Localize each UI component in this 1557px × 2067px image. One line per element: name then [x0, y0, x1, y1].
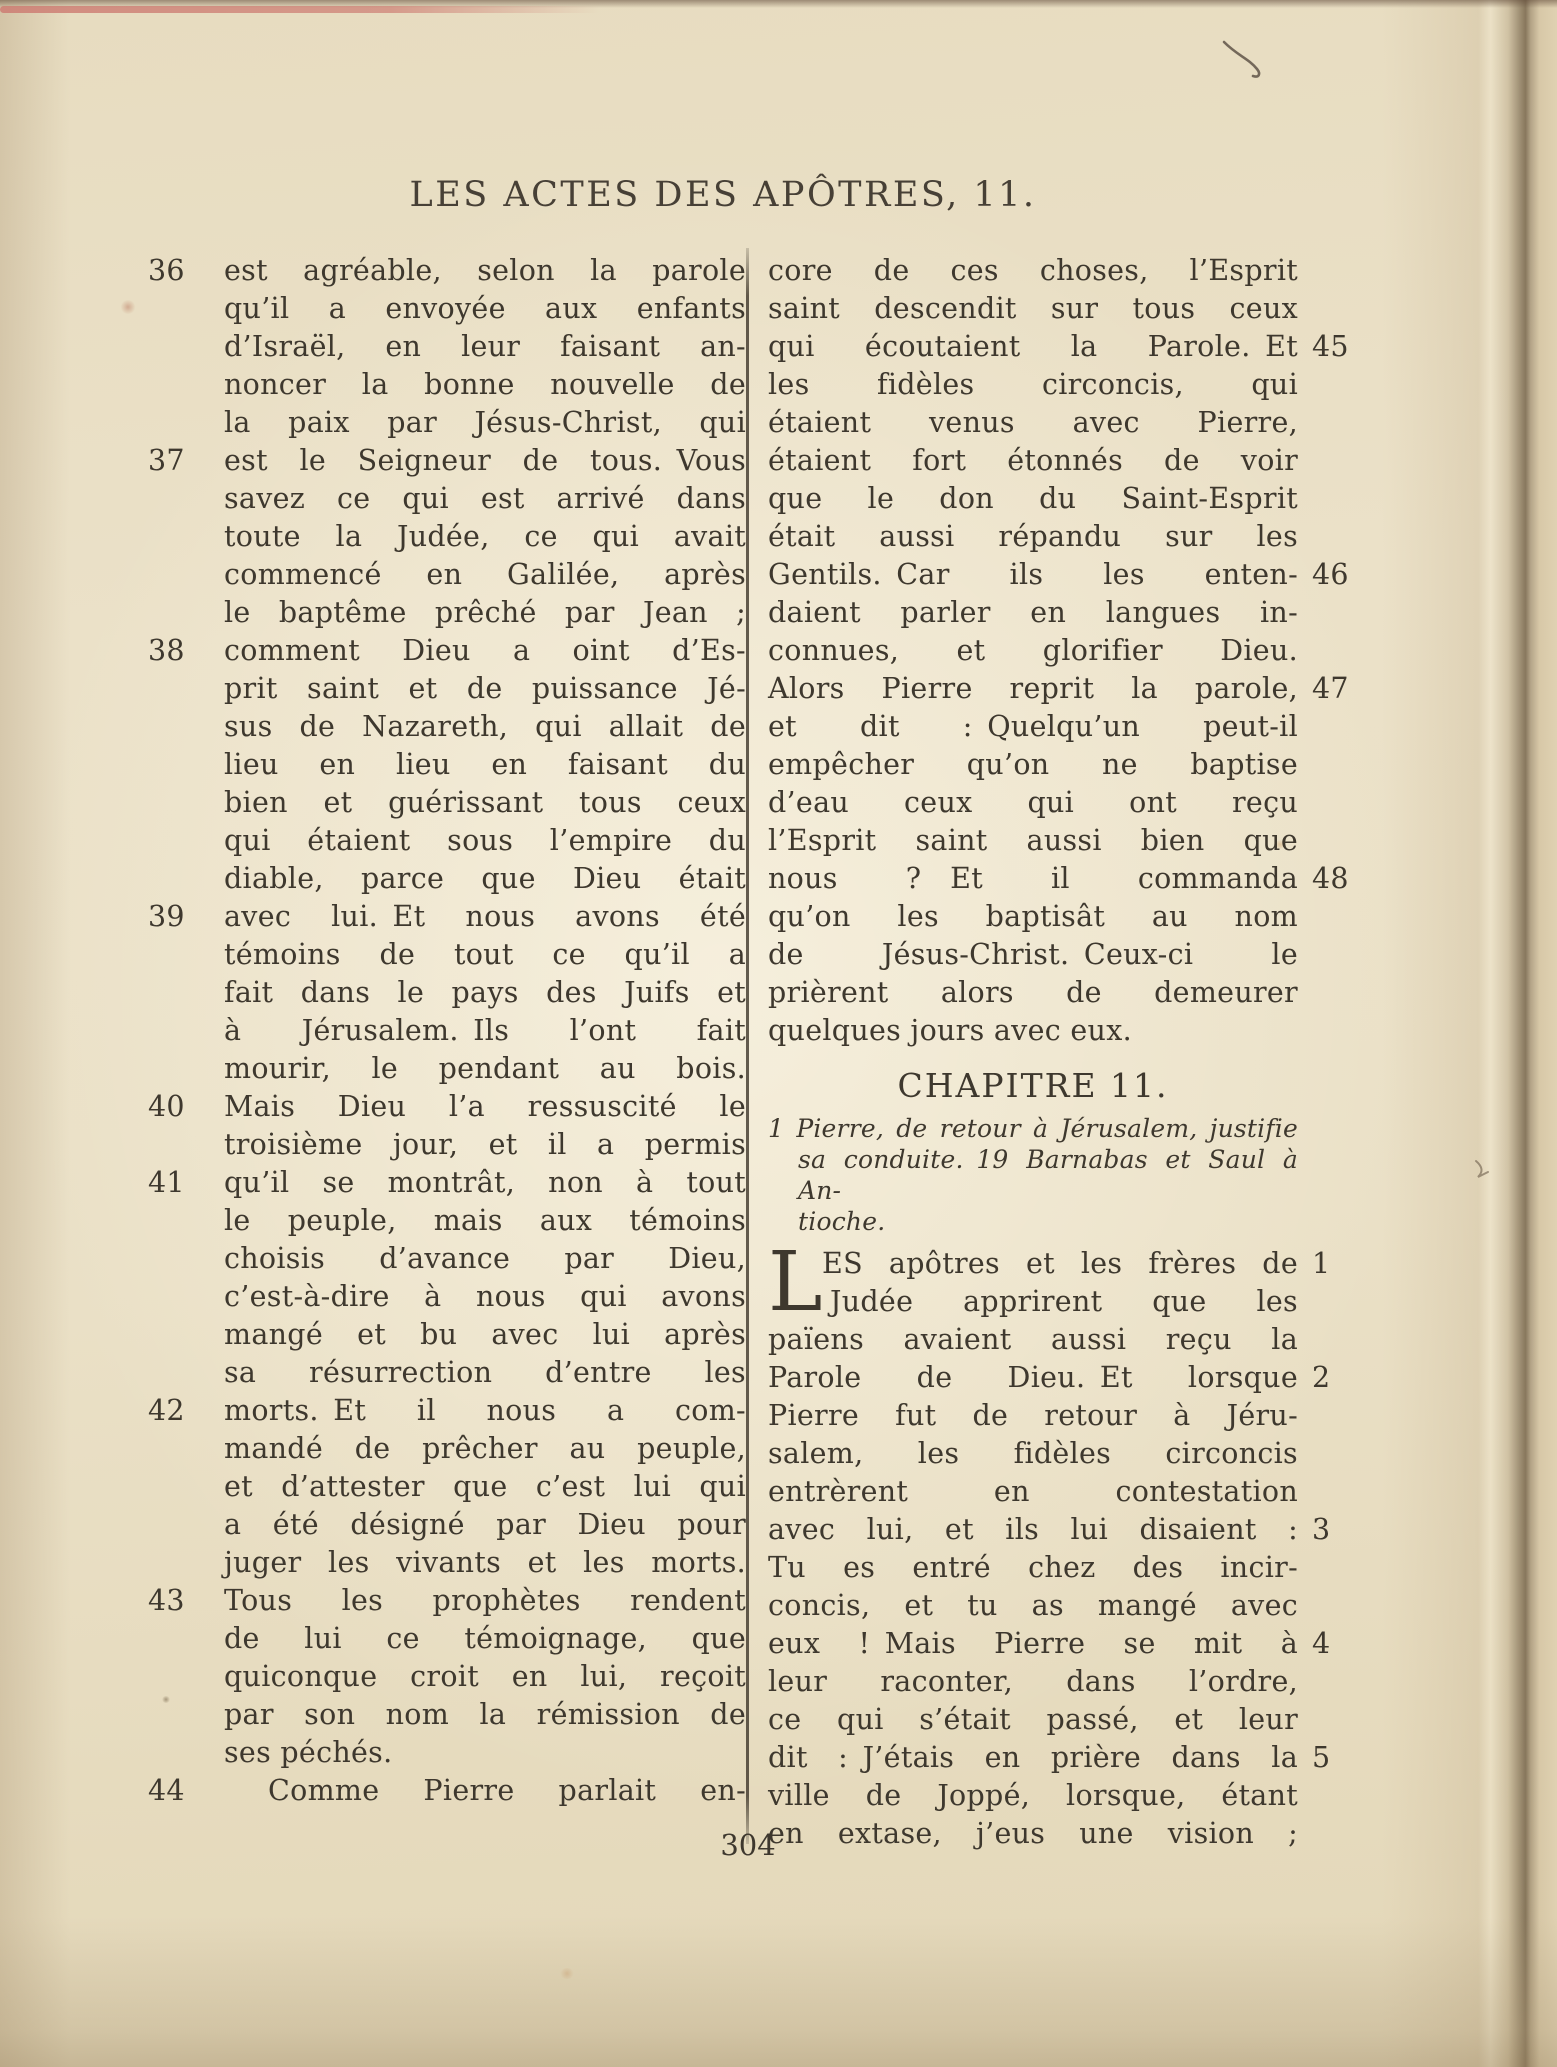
text-line: 43Tous les prophètes rendent — [148, 1582, 746, 1620]
verse-text: sa conduite. 19 Barnabas et Saul à An- — [768, 1144, 1298, 1206]
column-divider-rule — [746, 248, 749, 1844]
text-line: Parole de Dieu. Et lorsque2 — [768, 1359, 1356, 1397]
text-line: quelques jours avec eux. — [768, 1012, 1356, 1050]
verse-number: 36 — [148, 252, 224, 290]
verse-text: qui écoutaient la Parole. Et — [768, 328, 1298, 366]
text-line: l’Esprit saint aussi bien que — [768, 822, 1356, 860]
verse-text: bien et guérissant tous ceux — [224, 784, 746, 822]
text-line: c’est-à-dire à nous qui avons — [148, 1278, 746, 1316]
text-line: que le don du Saint-Esprit — [768, 480, 1356, 518]
verse-number — [1298, 936, 1356, 974]
verse-text: étaient fort étonnés de voir — [768, 442, 1298, 480]
verse-number — [148, 670, 224, 708]
verse-text: le baptême prêché par Jean ; — [224, 594, 746, 632]
text-line: ES apôtres et les frères de1 — [768, 1245, 1356, 1283]
text-line: Tu es entré chez des incir- — [768, 1549, 1356, 1587]
verse-text: troisième jour, et il a permis — [224, 1126, 746, 1164]
hair-fiber-mark — [1218, 36, 1282, 90]
verse-text: païens avaient aussi reçu la — [768, 1321, 1298, 1359]
verse-number — [1298, 974, 1356, 1012]
text-line: qu’il a envoyée aux enfants — [148, 290, 746, 328]
verse-number: 1 — [1298, 1245, 1356, 1283]
text-line: entrèrent en contestation — [768, 1473, 1356, 1511]
text-line: 38comment Dieu a oint d’Es- — [148, 632, 746, 670]
text-line: le peuple, mais aux témoins — [148, 1202, 746, 1240]
verse-text: à Jérusalem. Ils l’ont fait — [224, 1012, 746, 1050]
verse-number — [148, 1354, 224, 1392]
verse-number: 37 — [148, 442, 224, 480]
verse-number: 41 — [148, 1164, 224, 1202]
verse-text: nous ? Et il commanda — [768, 860, 1298, 898]
text-line: de lui ce témoignage, que — [148, 1620, 746, 1658]
text-line: saint descendit sur tous ceux — [768, 290, 1356, 328]
verse-number — [148, 1658, 224, 1696]
verse-number — [1298, 1283, 1356, 1321]
verse-number — [148, 594, 224, 632]
text-line: 40Mais Dieu l’a ressuscité le — [148, 1088, 746, 1126]
verse-number: 40 — [148, 1088, 224, 1126]
text-line: lieu en lieu en faisant du — [148, 746, 746, 784]
verse-text: eux ! Mais Pierre se mit à — [768, 1625, 1298, 1663]
verse-text: qui étaient sous l’empire du — [224, 822, 746, 860]
verse-text: Judée apprirent que les — [768, 1283, 1298, 1321]
verse-number — [148, 1734, 224, 1772]
verse-number: 45 — [1298, 328, 1356, 366]
verse-number — [148, 1506, 224, 1544]
text-line: troisième jour, et il a permis — [148, 1126, 746, 1164]
text-line: païens avaient aussi reçu la — [768, 1321, 1356, 1359]
text-line: qui étaient sous l’empire du — [148, 822, 746, 860]
verse-number: 4 — [1298, 1625, 1356, 1663]
verse-number — [148, 708, 224, 746]
verse-text: ses péchés. — [224, 1734, 746, 1772]
text-line: mourir, le pendant au bois. — [148, 1050, 746, 1088]
verse-text: que le don du Saint-Esprit — [768, 480, 1298, 518]
text-line: et dit : Quelqu’un peut-il — [768, 708, 1356, 746]
verse-number — [1298, 1549, 1356, 1587]
text-line: sa résurrection d’entre les — [148, 1354, 746, 1392]
verse-number: 2 — [1298, 1359, 1356, 1397]
verse-number — [1298, 404, 1356, 442]
text-line: 42morts. Et il nous a com- — [148, 1392, 746, 1430]
verse-text: fait dans le pays des Juifs et — [224, 974, 746, 1012]
verse-text: a été désigné par Dieu pour — [224, 1506, 746, 1544]
verse-number — [148, 1202, 224, 1240]
verse-text: de Jésus-Christ. Ceux-ci le — [768, 936, 1298, 974]
text-line: 1 Pierre, de retour à Jérusalem, justifi… — [768, 1113, 1356, 1144]
verse-text: salem, les fidèles circoncis — [768, 1435, 1298, 1473]
left-column: 36est agréable, selon la parolequ’il a e… — [148, 252, 746, 1810]
text-line: toute la Judée, ce qui avait — [148, 518, 746, 556]
verse-text: est agréable, selon la parole — [224, 252, 746, 290]
text-line: qui écoutaient la Parole. Et45 — [768, 328, 1356, 366]
verse-text: et d’attester que c’est lui qui — [224, 1468, 746, 1506]
verse-number — [1298, 252, 1356, 290]
verse-number — [148, 480, 224, 518]
verse-number — [1298, 1397, 1356, 1435]
text-line: mandé de prêcher au peuple, — [148, 1430, 746, 1468]
paper-stain — [120, 300, 136, 314]
verse-number — [148, 1696, 224, 1734]
verse-number — [1298, 1777, 1356, 1815]
verse-text: sa résurrection d’entre les — [224, 1354, 746, 1392]
verse-text: les fidèles circoncis, qui — [768, 366, 1298, 404]
verse-text: mandé de prêcher au peuple, — [224, 1430, 746, 1468]
verse-text: comment Dieu a oint d’Es- — [224, 632, 746, 670]
text-line: avec lui, et ils lui disaient :3 — [768, 1511, 1356, 1549]
text-line: la paix par Jésus-Christ, qui — [148, 404, 746, 442]
text-line: ville de Joppé, lorsque, étant — [768, 1777, 1356, 1815]
verse-text: ES apôtres et les frères de — [768, 1245, 1298, 1283]
verse-text: étaient venus avec Pierre, — [768, 404, 1298, 442]
text-line: connues, et glorifier Dieu. — [768, 632, 1356, 670]
verse-text: mangé et bu avec lui après — [224, 1316, 746, 1354]
verse-text: Pierre fut de retour à Jéru- — [768, 1397, 1298, 1435]
verse-number — [148, 1126, 224, 1164]
verse-text: tioche. — [768, 1206, 1298, 1237]
text-line: ses péchés. — [148, 1734, 746, 1772]
verse-number — [148, 974, 224, 1012]
verse-text: Parole de Dieu. Et lorsque — [768, 1359, 1298, 1397]
text-line: salem, les fidèles circoncis — [768, 1435, 1356, 1473]
verse-number: 3 — [1298, 1511, 1356, 1549]
text-line: Pierre fut de retour à Jéru- — [768, 1397, 1356, 1435]
verse-text: mourir, le pendant au bois. — [224, 1050, 746, 1088]
right-column: core de ces choses, l’Espritsaint descen… — [768, 252, 1356, 1853]
verse-number — [1298, 1435, 1356, 1473]
verse-text: Tous les prophètes rendent — [224, 1582, 746, 1620]
text-line: d’eau ceux qui ont reçu — [768, 784, 1356, 822]
text-line: nous ? Et il commanda48 — [768, 860, 1356, 898]
verse-number — [148, 822, 224, 860]
verse-text: savez ce qui est arrivé dans — [224, 480, 746, 518]
verse-number — [1298, 366, 1356, 404]
verse-number — [148, 1544, 224, 1582]
text-line: diable, parce que Dieu était — [148, 860, 746, 898]
text-line: témoins de tout ce qu’il a — [148, 936, 746, 974]
verse-number: 42 — [148, 1392, 224, 1430]
bottom-edge-shadow — [0, 1917, 1557, 2067]
verse-text: qu’il a envoyée aux enfants — [224, 290, 746, 328]
verse-text: sus de Nazareth, qui allait de — [224, 708, 746, 746]
text-line: concis, et tu as mangé avec — [768, 1587, 1356, 1625]
verse-text: de lui ce témoignage, que — [224, 1620, 746, 1658]
verse-number — [148, 1050, 224, 1088]
text-line: prit saint et de puissance Jé- — [148, 670, 746, 708]
dropcap-letter: L — [768, 1248, 822, 1318]
verse-number — [1298, 822, 1356, 860]
text-line: daient parler en langues in- — [768, 594, 1356, 632]
verse-number: 44 — [148, 1772, 224, 1810]
text-line: qu’on les baptisât au nom — [768, 898, 1356, 936]
verse-number — [1298, 290, 1356, 328]
text-line: 37est le Seigneur de tous. Vous — [148, 442, 746, 480]
verse-text: d’Israël, en leur faisant an- — [224, 328, 746, 366]
verse-number — [1298, 480, 1356, 518]
verse-number — [148, 1620, 224, 1658]
verse-text: par son nom la rémission de — [224, 1696, 746, 1734]
verse-text: la paix par Jésus-Christ, qui — [224, 404, 746, 442]
text-line: a été désigné par Dieu pour — [148, 1506, 746, 1544]
text-line: 39avec lui. Et nous avons été — [148, 898, 746, 936]
text-line: leur raconter, dans l’ordre, — [768, 1663, 1356, 1701]
verse-number — [1298, 1321, 1356, 1359]
text-line: était aussi répandu sur les — [768, 518, 1356, 556]
verse-number — [148, 366, 224, 404]
text-line: sus de Nazareth, qui allait de — [148, 708, 746, 746]
verse-number — [1298, 632, 1356, 670]
verse-text: ce qui s’était passé, et leur — [768, 1701, 1298, 1739]
verse-text: noncer la bonne nouvelle de — [224, 366, 746, 404]
verse-number — [148, 784, 224, 822]
pen-mark — [1472, 1158, 1502, 1188]
verse-number — [1298, 1587, 1356, 1625]
text-line: mangé et bu avec lui après — [148, 1316, 746, 1354]
verse-number — [148, 290, 224, 328]
text-line: à Jérusalem. Ils l’ont fait — [148, 1012, 746, 1050]
verse-text: daient parler en langues in- — [768, 594, 1298, 632]
verse-number — [1298, 898, 1356, 936]
verse-text: avec lui, et ils lui disaient : — [768, 1511, 1298, 1549]
running-header: LES ACTES DES APÔTRES, 11. — [148, 175, 1298, 215]
text-line: de Jésus-Christ. Ceux-ci le — [768, 936, 1356, 974]
text-line: et d’attester que c’est lui qui — [148, 1468, 746, 1506]
verse-text: empêcher qu’on ne baptise — [768, 746, 1298, 784]
verse-number — [148, 746, 224, 784]
text-line: fait dans le pays des Juifs et — [148, 974, 746, 1012]
verse-text: juger les vivants et les morts. — [224, 1544, 746, 1582]
page-number: 304 — [148, 1828, 1348, 1862]
verse-number — [148, 1468, 224, 1506]
verse-text: morts. Et il nous a com- — [224, 1392, 746, 1430]
verse-number — [148, 936, 224, 974]
text-line: quiconque croit en lui, reçoit — [148, 1658, 746, 1696]
verse-number — [148, 1240, 224, 1278]
verse-number — [1298, 1473, 1356, 1511]
text-line: choisis d’avance par Dieu, — [148, 1240, 746, 1278]
text-line: commencé en Galilée, après — [148, 556, 746, 594]
verse-number — [148, 518, 224, 556]
verse-text: c’est-à-dire à nous qui avons — [224, 1278, 746, 1316]
left-edge-shadow — [0, 0, 70, 2067]
right-column-lines-2: ES apôtres et les frères de1Judée apprir… — [768, 1245, 1356, 1853]
verse-number — [1298, 442, 1356, 480]
verse-number — [1298, 1663, 1356, 1701]
text-line: savez ce qui est arrivé dans — [148, 480, 746, 518]
verse-text: connues, et glorifier Dieu. — [768, 632, 1298, 670]
verse-text: lieu en lieu en faisant du — [224, 746, 746, 784]
verse-text: ville de Joppé, lorsque, étant — [768, 1777, 1298, 1815]
verse-number: 46 — [1298, 556, 1356, 594]
text-line: tioche. — [768, 1206, 1356, 1237]
top-edge-line — [0, 0, 1557, 8]
paper-stain — [560, 1968, 574, 1979]
verse-number: 39 — [148, 898, 224, 936]
text-line: 44Comme Pierre parlait en- — [148, 1772, 746, 1810]
verse-text: Mais Dieu l’a ressuscité le — [224, 1088, 746, 1126]
verse-text: d’eau ceux qui ont reçu — [768, 784, 1298, 822]
verse-number: 38 — [148, 632, 224, 670]
text-line: étaient venus avec Pierre, — [768, 404, 1356, 442]
text-line: Judée apprirent que les — [768, 1283, 1356, 1321]
verse-text: qu’il se montrât, non à tout — [224, 1164, 746, 1202]
verse-text: quelques jours avec eux. — [768, 1012, 1298, 1050]
verse-number — [1298, 784, 1356, 822]
verse-number — [148, 1012, 224, 1050]
verse-text: saint descendit sur tous ceux — [768, 290, 1298, 328]
verse-text: 1 Pierre, de retour à Jérusalem, justifi… — [768, 1113, 1298, 1144]
verse-text: prièrent alors de demeurer — [768, 974, 1298, 1012]
verse-number — [1298, 708, 1356, 746]
verse-number — [148, 1316, 224, 1354]
text-line: noncer la bonne nouvelle de — [148, 366, 746, 404]
right-page-edge-shadow — [1382, 0, 1557, 2067]
text-line: étaient fort étonnés de voir — [768, 442, 1356, 480]
text-line: ce qui s’était passé, et leur — [768, 1701, 1356, 1739]
verse-text: prit saint et de puissance Jé- — [224, 670, 746, 708]
verse-text: Tu es entré chez des incir- — [768, 1549, 1298, 1587]
verse-text: Comme Pierre parlait en- — [224, 1772, 746, 1810]
verse-number: 5 — [1298, 1739, 1356, 1777]
verse-text: qu’on les baptisât au nom — [768, 898, 1298, 936]
left-column-lines: 36est agréable, selon la parolequ’il a e… — [148, 252, 746, 1810]
text-line: eux ! Mais Pierre se mit à4 — [768, 1625, 1356, 1663]
text-line: par son nom la rémission de — [148, 1696, 746, 1734]
verse-text: Alors Pierre reprit la parole, — [768, 670, 1298, 708]
verse-text: dit : J’étais en prière dans la — [768, 1739, 1298, 1777]
verse-number — [148, 1278, 224, 1316]
text-line: dit : J’étais en prière dans la5 — [768, 1739, 1356, 1777]
verse-number — [1298, 1701, 1356, 1739]
verse-text: est le Seigneur de tous. Vous — [224, 442, 746, 480]
verse-number: 48 — [1298, 860, 1356, 898]
verse-number — [1298, 518, 1356, 556]
verse-text: était aussi répandu sur les — [768, 518, 1298, 556]
verse-text: avec lui. Et nous avons été — [224, 898, 746, 936]
text-line: d’Israël, en leur faisant an- — [148, 328, 746, 366]
verse-text: et dit : Quelqu’un peut-il — [768, 708, 1298, 746]
verse-text: entrèrent en contestation — [768, 1473, 1298, 1511]
right-column-verses-2: L ES apôtres et les frères de1Judée appr… — [768, 1245, 1356, 1853]
verse-number — [1298, 1206, 1356, 1237]
verse-number — [148, 404, 224, 442]
verse-text: choisis d’avance par Dieu, — [224, 1240, 746, 1278]
verse-number — [148, 556, 224, 594]
verse-text: diable, parce que Dieu était — [224, 860, 746, 898]
verse-number — [1298, 594, 1356, 632]
verse-number — [1298, 746, 1356, 784]
verse-text: core de ces choses, l’Esprit — [768, 252, 1298, 290]
text-line: les fidèles circoncis, qui — [768, 366, 1356, 404]
verse-number — [148, 860, 224, 898]
verse-text: concis, et tu as mangé avec — [768, 1587, 1298, 1625]
top-pink-binding-line — [0, 6, 600, 13]
verse-number — [148, 328, 224, 366]
text-line: sa conduite. 19 Barnabas et Saul à An- — [768, 1144, 1356, 1206]
verse-number — [1298, 1144, 1356, 1206]
verse-text: toute la Judée, ce qui avait — [224, 518, 746, 556]
book-page-scan: LES ACTES DES APÔTRES, 11. 36est agréabl… — [0, 0, 1557, 2067]
verse-text: le peuple, mais aux témoins — [224, 1202, 746, 1240]
text-line: bien et guérissant tous ceux — [148, 784, 746, 822]
verse-text: témoins de tout ce qu’il a — [224, 936, 746, 974]
chapter-summary: 1 Pierre, de retour à Jérusalem, justifi… — [768, 1113, 1356, 1237]
text-line: empêcher qu’on ne baptise — [768, 746, 1356, 784]
text-line: prièrent alors de demeurer — [768, 974, 1356, 1012]
text-line: Gentils. Car ils les enten-46 — [768, 556, 1356, 594]
verse-text: commencé en Galilée, après — [224, 556, 746, 594]
verse-text: quiconque croit en lui, reçoit — [224, 1658, 746, 1696]
text-line: 36est agréable, selon la parole — [148, 252, 746, 290]
text-line: 41qu’il se montrât, non à tout — [148, 1164, 746, 1202]
right-column-lines-1: core de ces choses, l’Espritsaint descen… — [768, 252, 1356, 1050]
text-line: Alors Pierre reprit la parole,47 — [768, 670, 1356, 708]
chapter-heading: CHAPITRE 11. — [768, 1066, 1298, 1105]
verse-text: Gentils. Car ils les enten- — [768, 556, 1298, 594]
text-line: core de ces choses, l’Esprit — [768, 252, 1356, 290]
verse-number — [1298, 1113, 1356, 1144]
text-line: juger les vivants et les morts. — [148, 1544, 746, 1582]
text-line: le baptême prêché par Jean ; — [148, 594, 746, 632]
verse-number — [1298, 1012, 1356, 1050]
verse-number — [148, 1430, 224, 1468]
verse-number: 43 — [148, 1582, 224, 1620]
verse-text: leur raconter, dans l’ordre, — [768, 1663, 1298, 1701]
verse-number: 47 — [1298, 670, 1356, 708]
verse-text: l’Esprit saint aussi bien que — [768, 822, 1298, 860]
